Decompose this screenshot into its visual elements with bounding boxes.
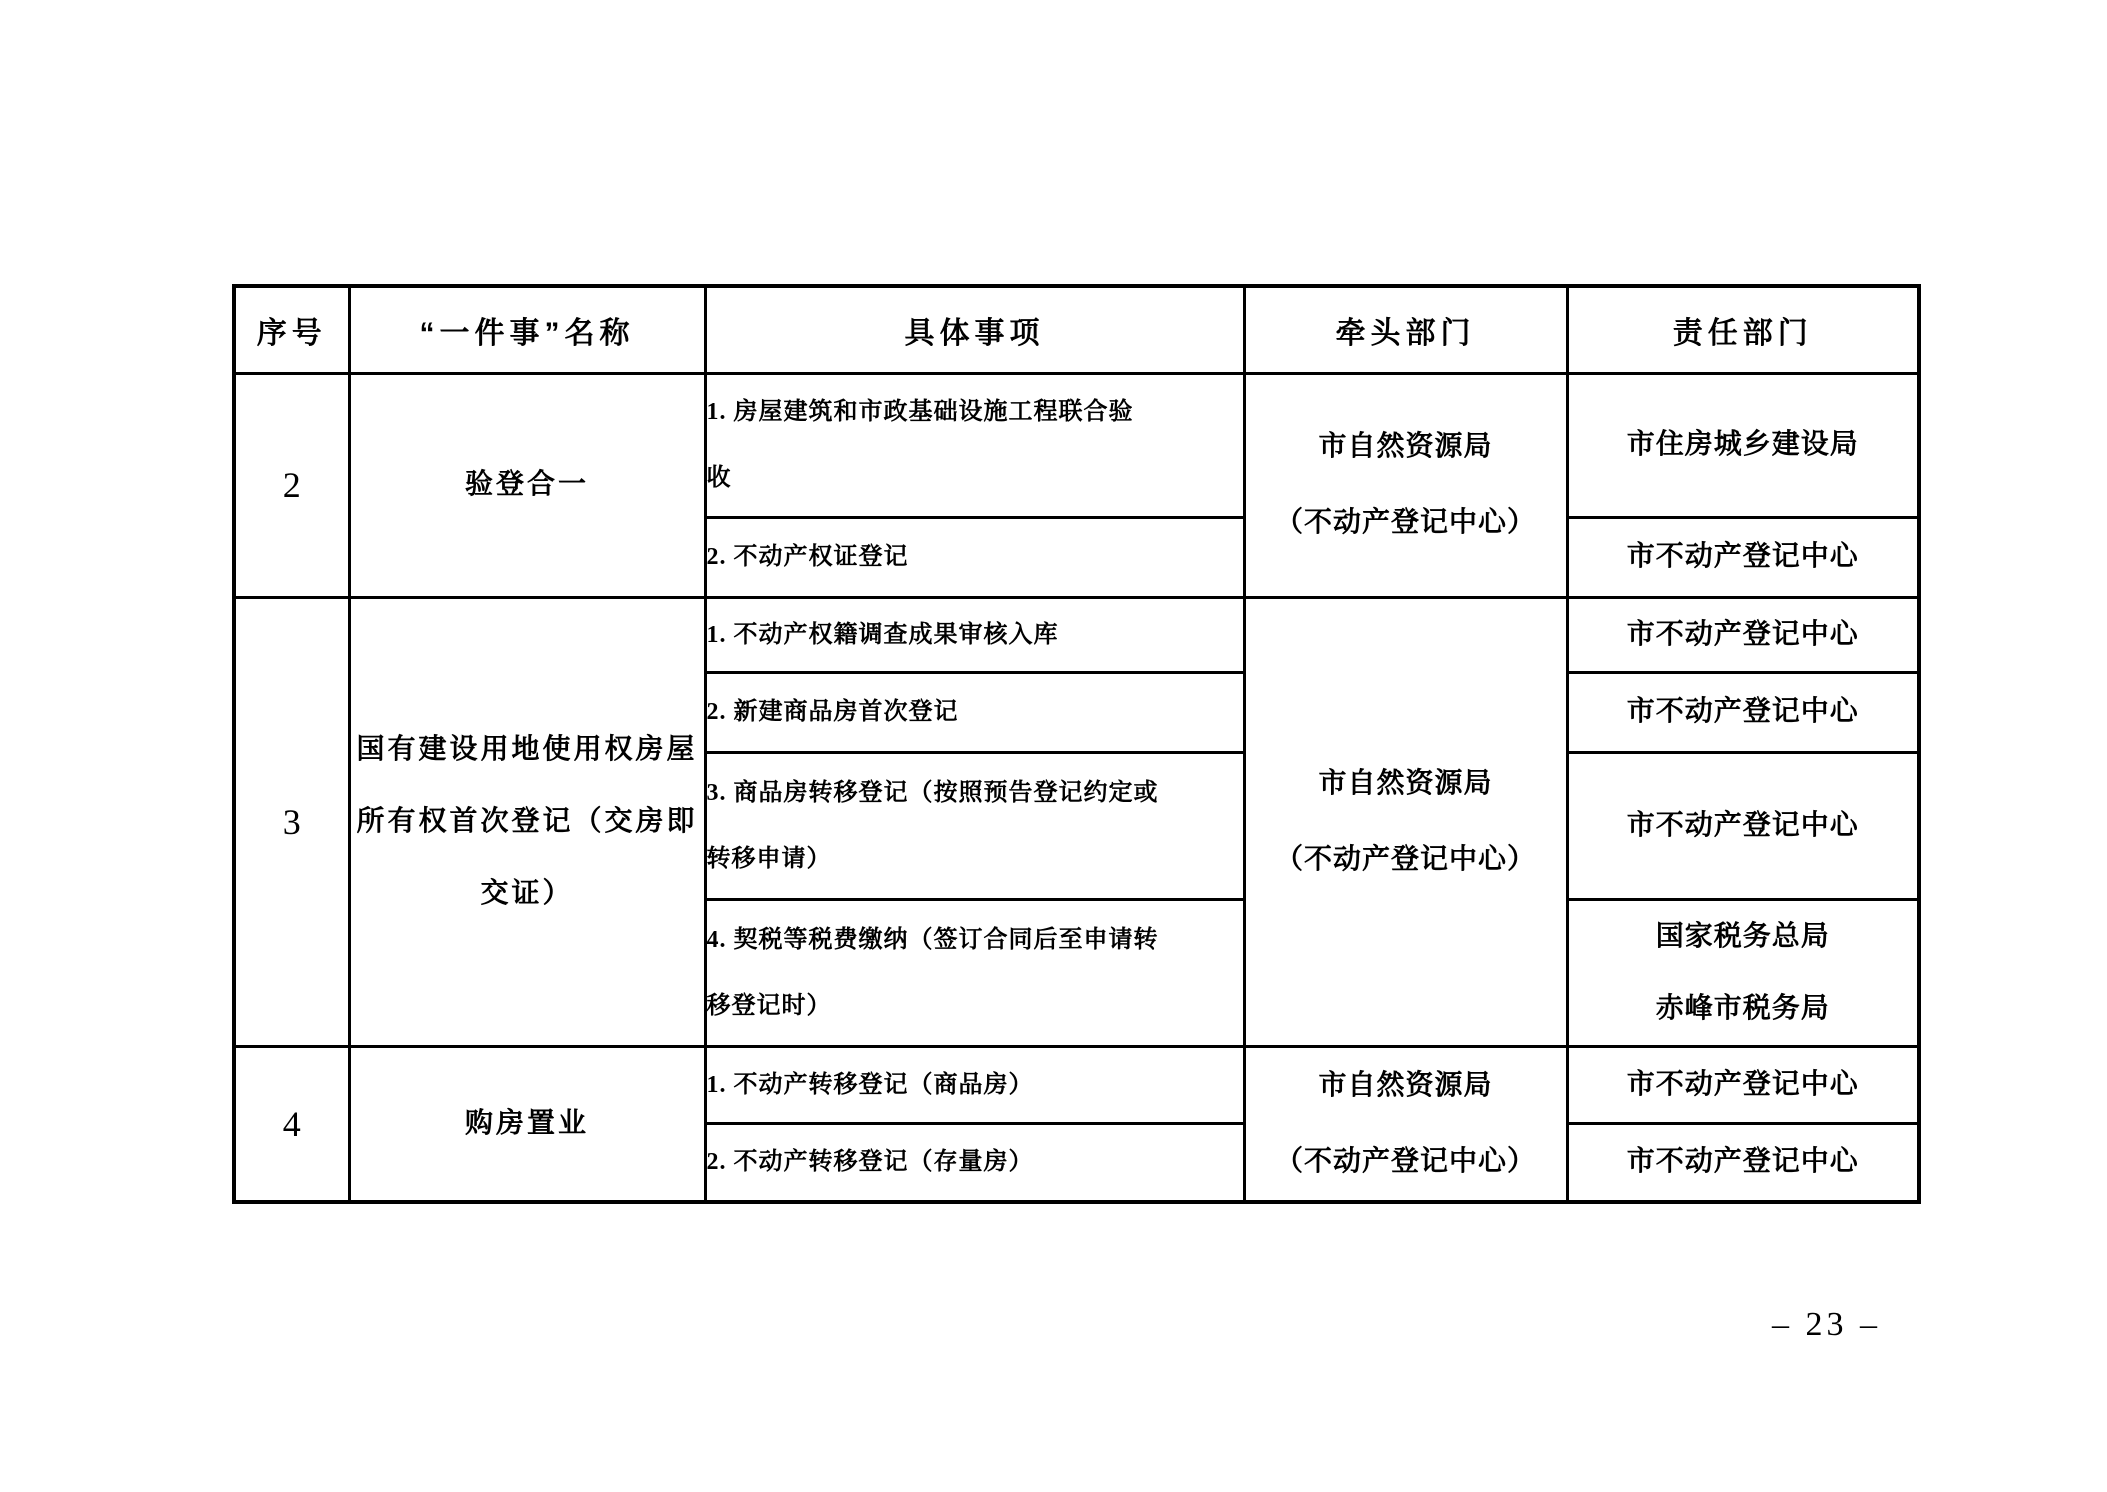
one-thing-name-cell: 购房置业 (349, 1046, 705, 1202)
specific-item-cell: 3. 商品房转移登记（按照预告登记约定或 转移申请） (705, 752, 1244, 899)
header-lead-department: 牵头部门 (1244, 286, 1567, 373)
specific-item-cell: 1. 不动产转移登记（商品房） (705, 1046, 1244, 1123)
one-thing-name-cell: 国有建设用地使用权房屋 所有权首次登记（交房即 交证） (349, 597, 705, 1046)
lead-department-cell: 市自然资源局 （不动产登记中心） (1244, 1046, 1567, 1202)
responsible-department-cell: 市不动产登记中心 (1567, 1123, 1919, 1201)
header-specific-items: 具体事项 (705, 286, 1244, 373)
responsible-department-cell: 国家税务总局 赤峰市税务局 (1567, 899, 1919, 1046)
lead-department-cell: 市自然资源局 （不动产登记中心） (1244, 597, 1567, 1046)
header-responsible-department: 责任部门 (1567, 286, 1919, 373)
lead-department-cell: 市自然资源局 （不动产登记中心） (1244, 373, 1567, 597)
specific-item-cell: 2. 新建商品房首次登记 (705, 672, 1244, 752)
responsible-department-cell: 市不动产登记中心 (1567, 752, 1919, 899)
specific-item-cell: 2. 不动产转移登记（存量房） (705, 1123, 1244, 1201)
responsible-department-cell: 市不动产登记中心 (1567, 597, 1919, 672)
page-number: – 23 – (1772, 1306, 1881, 1344)
one-matter-list-table: 序号 “一件事”名称 具体事项 牵头部门 责任部门 2 验登合一 1. 房屋建筑… (232, 284, 1921, 1204)
table-row: 4 购房置业 1. 不动产转移登记（商品房） 市自然资源局 （不动产登记中心） … (234, 1046, 1919, 1123)
serial-number-cell: 3 (234, 597, 349, 1046)
specific-item-cell: 2. 不动产权证登记 (705, 517, 1244, 597)
responsible-department-cell: 市不动产登记中心 (1567, 672, 1919, 752)
one-thing-name-cell: 验登合一 (349, 373, 705, 597)
header-serial-number: 序号 (234, 286, 349, 373)
specific-item-cell: 1. 房屋建筑和市政基础设施工程联合验 收 (705, 373, 1244, 517)
specific-item-cell: 4. 契税等税费缴纳（签订合同后至申请转 移登记时） (705, 899, 1244, 1046)
document-page: 序号 “一件事”名称 具体事项 牵头部门 责任部门 2 验登合一 1. 房屋建筑… (0, 0, 2107, 1492)
table-header-row: 序号 “一件事”名称 具体事项 牵头部门 责任部门 (234, 286, 1919, 373)
header-one-thing-name: “一件事”名称 (349, 286, 705, 373)
responsible-department-cell: 市不动产登记中心 (1567, 517, 1919, 597)
table-row: 2 验登合一 1. 房屋建筑和市政基础设施工程联合验 收 市自然资源局 （不动产… (234, 373, 1919, 517)
serial-number-cell: 4 (234, 1046, 349, 1202)
table-row: 3 国有建设用地使用权房屋 所有权首次登记（交房即 交证） 1. 不动产权籍调查… (234, 597, 1919, 672)
specific-item-cell: 1. 不动产权籍调查成果审核入库 (705, 597, 1244, 672)
serial-number-cell: 2 (234, 373, 349, 597)
responsible-department-cell: 市住房城乡建设局 (1567, 373, 1919, 517)
responsible-department-cell: 市不动产登记中心 (1567, 1046, 1919, 1123)
